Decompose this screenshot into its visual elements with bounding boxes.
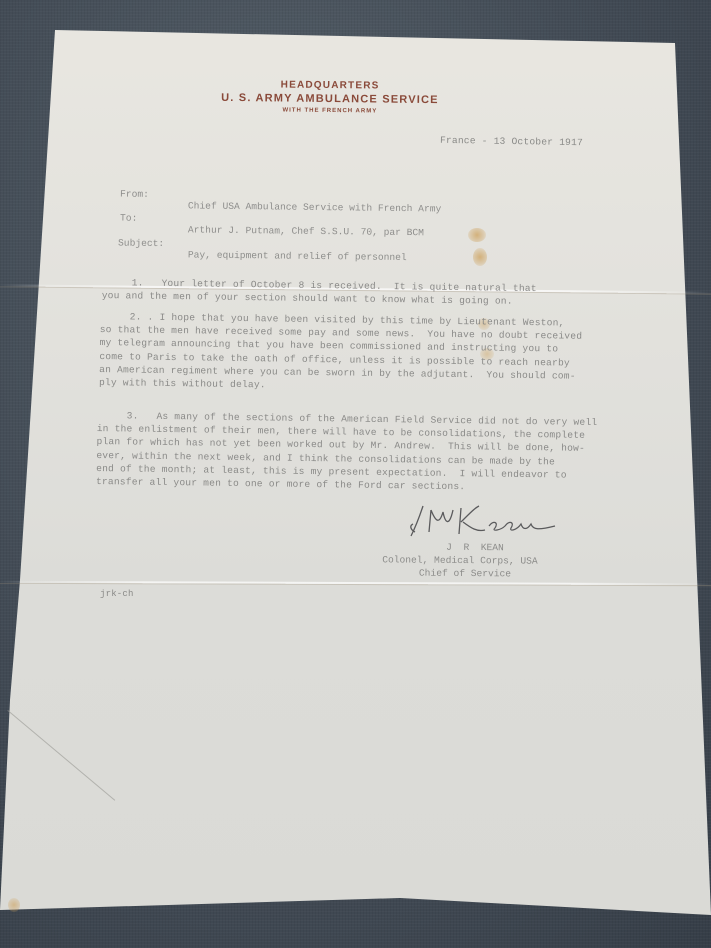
- paper-sheet: [0, 0, 711, 948]
- letter-page: HEADQUARTERS U. S. ARMY AMBULANCE SERVIC…: [0, 0, 711, 948]
